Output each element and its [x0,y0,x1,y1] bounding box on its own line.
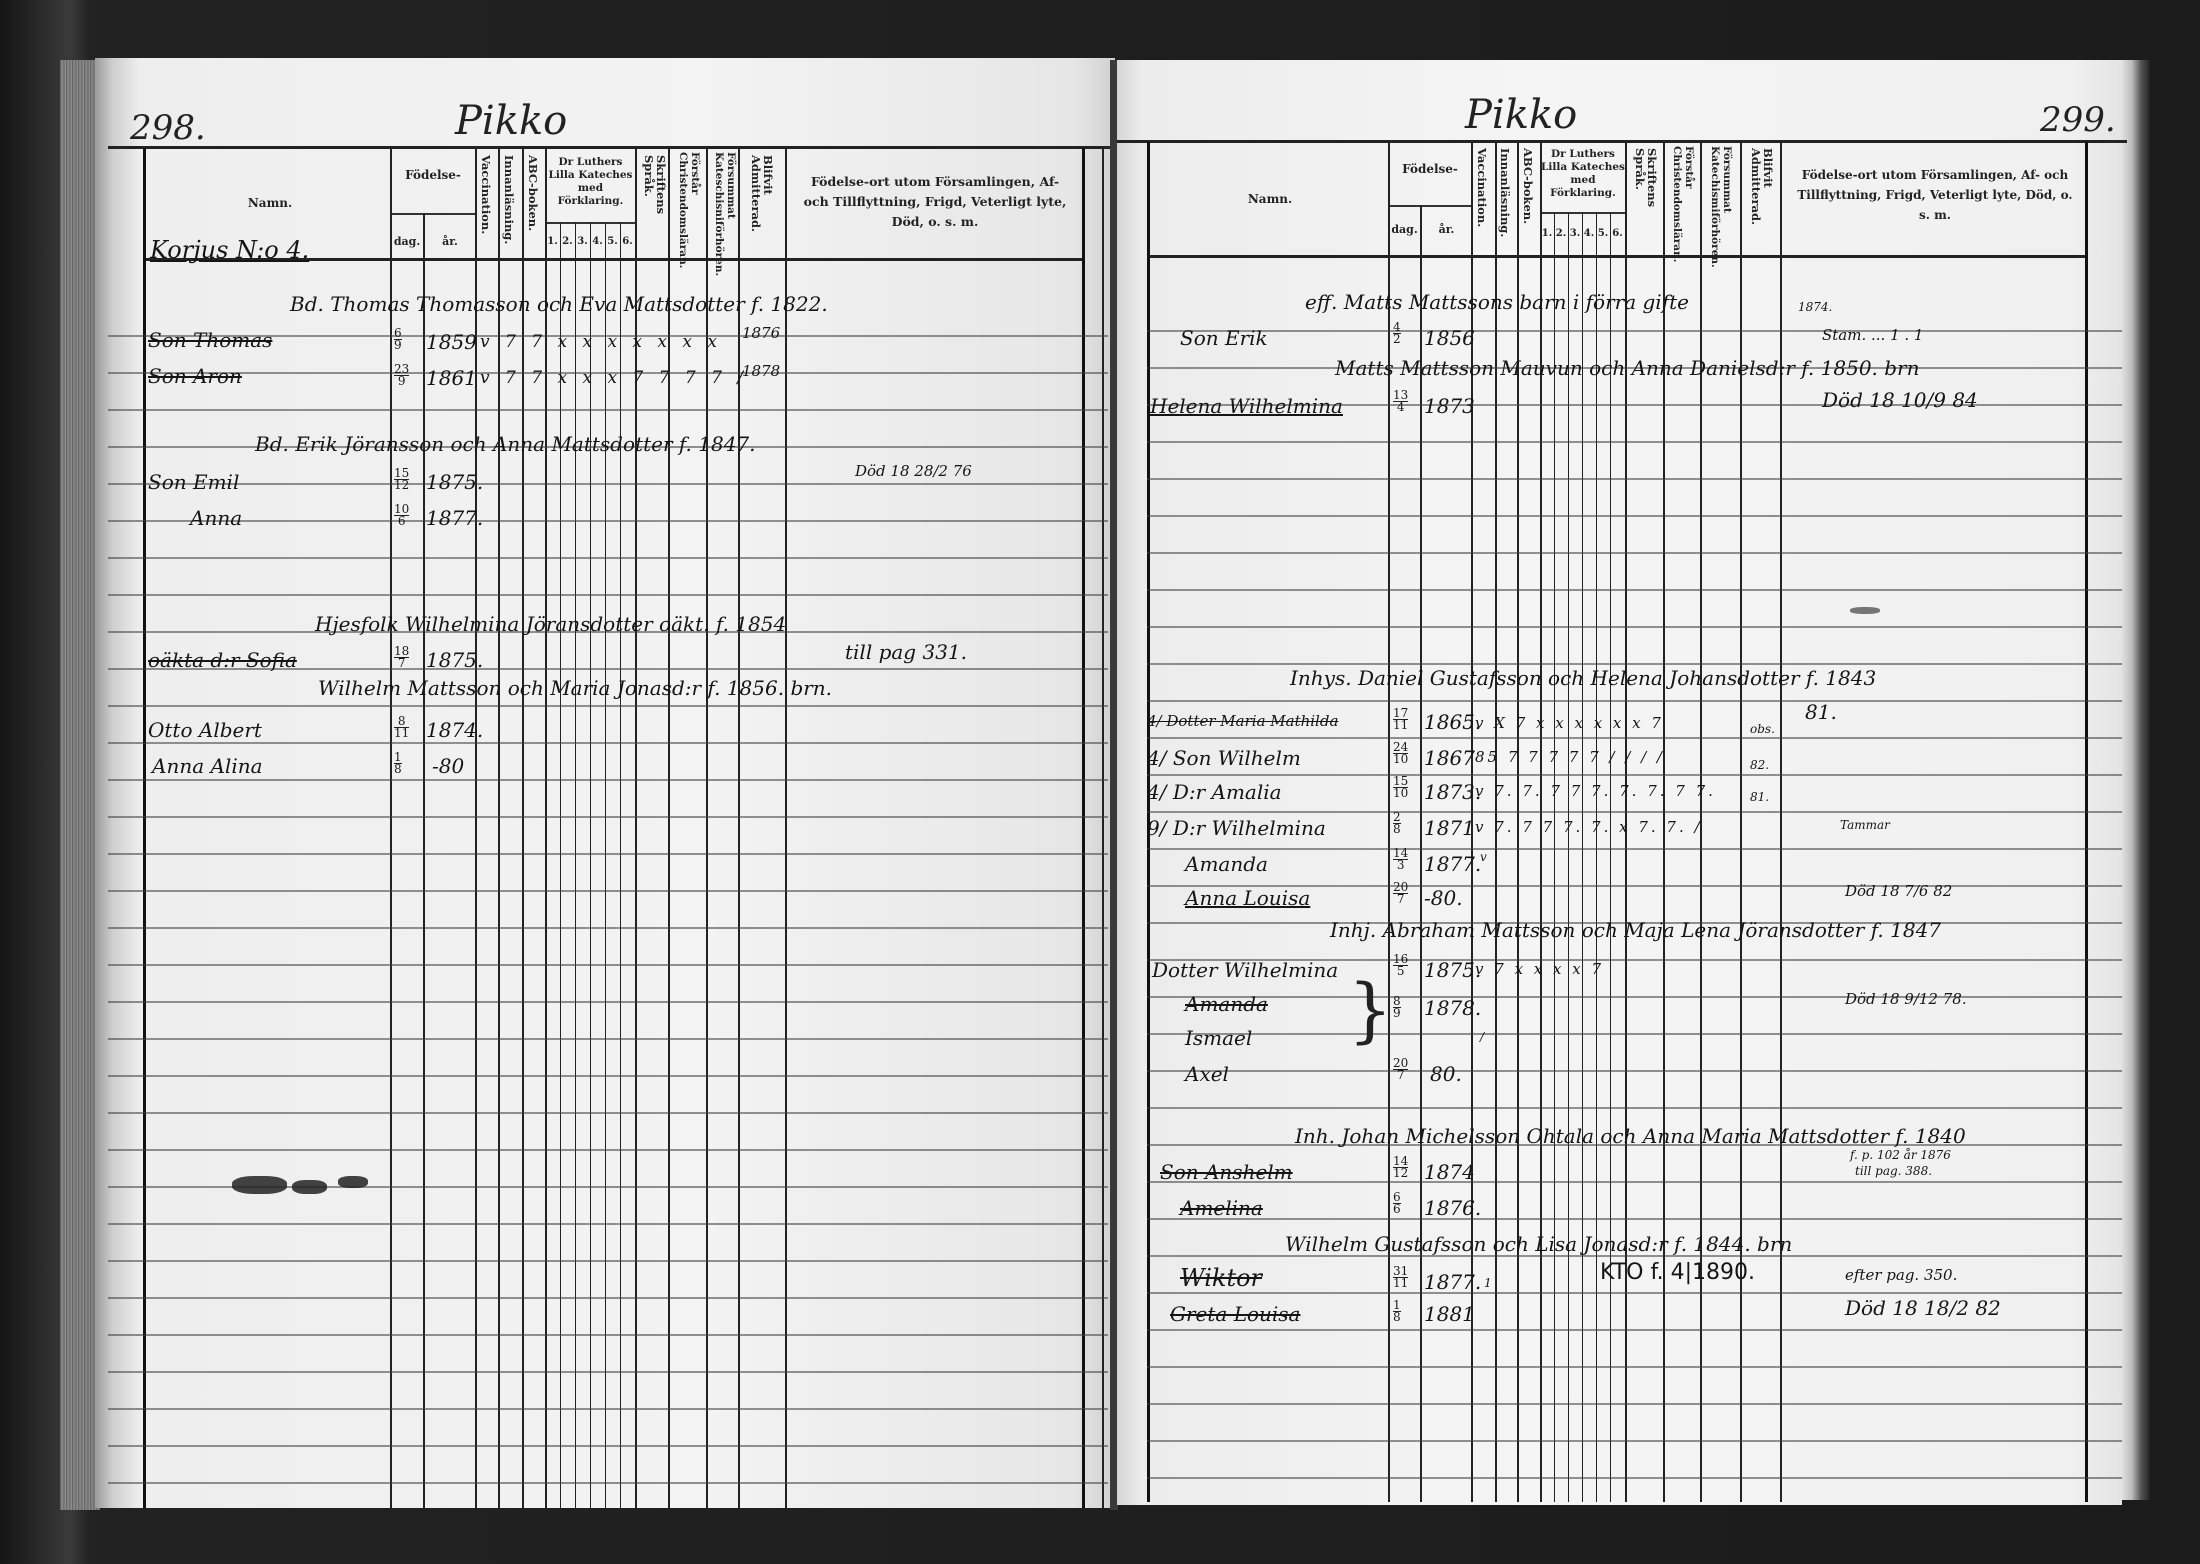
right-header-scripture: Skriftens Språk. [1634,148,1658,248]
birth-year: 1875. [426,648,483,672]
birth-day: 69 [394,328,402,351]
person-name: Wiktor [1180,1264,1262,1292]
ink-smudge [232,1176,287,1194]
birth-day: 3111 [1393,1266,1408,1289]
birth-year: 1878. [1424,996,1481,1020]
remark: Död 18 28/2 76 [855,462,972,480]
birth-year: 1877. [1424,852,1481,876]
exam-marks: v X 7 x x x x x x 7 [1475,714,1664,732]
remark: Död 18 9/12 78. [1845,990,1967,1008]
missed-note: obs. [1750,722,1775,736]
birth-day: 143 [1393,848,1408,871]
household-line: Wilhelm Gustafsson och Lisa Jonasd:r f. … [1285,1232,1792,1256]
exam-marks: v 7. 7. 7 7 7. 7. 7. 7 7. [1475,782,1716,800]
ink-smudge [292,1180,327,1194]
birth-year: 1871 [1424,816,1475,840]
birth-day: 18 [394,752,402,775]
birth-day: 89 [1393,996,1401,1019]
person-name: Amanda [1185,992,1268,1016]
left-birth-subrule [390,213,475,215]
person-name: Otto Albert [148,718,262,742]
page-edges-left [60,60,100,1510]
right-header-cat-3: 3. [1568,226,1582,241]
birth-year: 1877. [426,506,483,530]
birth-year: 1859 [426,330,477,354]
right-header-day: dag. [1389,222,1420,237]
right-header-year: år. [1422,222,1471,237]
left-header-cat-4: 4. [590,234,605,249]
person-name: 4/ D:r Amalia [1147,780,1282,804]
exam-marks: v 7 x x x x 7 [1475,960,1604,978]
person-name: Son Anshelm [1160,1160,1293,1184]
left-header-vaccination: Vaccination. [480,155,492,255]
birth-year: -80. [1424,886,1463,910]
birth-day: 239 [394,364,409,387]
birth-day: 134 [1393,390,1408,413]
left-header-missed: Försummat Kateschisniförhören. [711,152,737,257]
vacc-mark: v [1480,850,1487,864]
admitted-year: 1876 [742,324,780,342]
left-header-day: dag. [391,234,423,249]
birth-day: 18 [1393,1300,1401,1323]
right-header-cat-5: 5. [1596,226,1610,241]
ink-smudge [338,1176,368,1188]
left-header-cat-3: 3. [575,234,590,249]
right-header-birth: Födelse- [1390,162,1470,177]
right-header-top-rule [1117,140,2127,143]
right-header-abc: ABC-boken. [1522,148,1534,248]
birth-year: 1874 [1424,1160,1475,1184]
left-ruled-lines [108,300,1108,1500]
birth-day: 106 [394,504,409,527]
birth-year: 1877. [1424,1270,1481,1294]
person-name: Axel [1185,1062,1229,1086]
birth-year: 1873 [1424,394,1475,418]
remark: Död 18 18/2 82 [1845,1296,2001,1320]
person-name: Dotter Wilhelmina [1152,958,1338,982]
admitted-year: 1878 [742,362,780,380]
birth-day: 66 [1393,1192,1401,1215]
right-page-number: 299. [2040,100,2116,140]
birth-day: 207 [1393,1058,1408,1081]
person-name: Son Erik [1180,326,1268,350]
left-header-name: Namn. [220,196,320,211]
birth-year: 1873. [1424,780,1481,804]
birth-year: 80. [1430,1062,1462,1086]
right-header-understands: Förstår Christendomsläran. [1669,146,1695,251]
right-header-cat-6: 6. [1610,226,1625,241]
birth-day: 42 [1393,322,1401,345]
remark: efter pag. 350. [1845,1266,1957,1284]
birth-day: 1510 [1393,776,1408,799]
right-birth-subrule [1388,205,1471,207]
birth-year: 1865. [1424,710,1481,734]
remark: Död 18 10/9 84 [1822,388,1978,412]
page-edges-right [2120,60,2150,1500]
remark: Tammar [1840,818,1890,832]
exam-marks: v 7 7 x x x x x x x [480,332,722,352]
birth-day: 187 [394,646,409,669]
right-header-remarks: Födelse-ort utom Församlingen, Af- och T… [1795,165,2075,225]
left-header-birth: Födelse- [392,168,474,183]
person-name: oäkta d:r Sofia [148,648,297,672]
left-header-admitted: Blifvit Admitterad. [748,155,774,255]
birth-year: 1861 [426,366,477,390]
person-name: Ismael [1185,1026,1252,1050]
birth-year: 1875. [426,470,483,494]
exam-marks: 85 7 7 7 7 7 / / / / [1475,748,1665,766]
household-line: Wilhelm Mattsson och Maria Jonasd:r f. 1… [318,676,832,700]
household-line: Hjesfolk Wilhelmina Jöransdotter oäkt. f… [315,612,786,636]
person-name: Anna Louisa [1185,886,1310,910]
birth-day: 28 [1393,812,1401,835]
left-header-understands: Förstår Christendomsläran. [675,152,701,257]
person-name: Helena Wilhelmina [1150,394,1343,418]
right-header-name: Namn. [1220,192,1320,207]
left-header-scripture: Skriftens Språk. [643,155,667,255]
remark: f. p. 102 år 1876 [1850,1148,1951,1162]
birth-year: 1875. [1424,958,1481,982]
birth-day: 207 [1393,882,1408,905]
household-line: Inhj. Abraham Mattsson och Maja Lena Jör… [1330,918,1941,942]
admitted-year: 81. [1805,700,1837,724]
birth-day: 1711 [1393,708,1408,731]
right-header-bottom-rule [1147,255,2085,258]
person-name: 9/ D:r Wilhelmina [1147,816,1326,840]
person-name: Amelina [1180,1196,1263,1220]
birth-year: 1876. [1424,1196,1481,1220]
birth-year: -80 [432,754,464,778]
right-header-catechism: Dr Luthers Lilla Kateches med Förklaring… [1541,148,1625,200]
household-line: Bd. Thomas Thomasson och Eva Mattsdotter… [290,292,828,316]
remark: Död 18 7/6 82 [1845,882,1952,900]
left-header-reading: Innanläsning. [503,155,515,255]
left-header-top-rule [108,146,1116,149]
right-header-missed: Försummat Katechismiförhören. [1707,146,1733,251]
household-line: Matts Mattsson Mauvun och Anna Danielsd:… [1335,356,1920,380]
birth-year: 1856 [1424,326,1475,350]
left-village-title: Pikko [455,98,567,144]
person-name: 4/ Son Wilhelm [1147,746,1301,770]
left-header-cat-1: 1. [545,234,560,249]
right-header-admitted: Blifvit Admitterad. [1748,148,1774,248]
left-header-cat-2: 2. [560,234,575,249]
right-header-cat-2: 2. [1554,226,1568,241]
birth-year: 1867 [1424,746,1475,770]
household-line: Bd. Erik Jöransson och Anna Mattsdotter … [255,432,756,456]
person-name: Anna Alina [152,754,263,778]
person-name: 4/ Dotter Maria Mathilda [1147,712,1338,730]
vacc-mark: 1 [1484,1276,1492,1290]
birth-day: 1512 [394,468,409,491]
left-header-remarks: Födelse-ort utom Församlingen, Af- och T… [800,172,1070,232]
left-header-cat-5: 5. [605,234,620,249]
missed-note: 82. [1750,758,1769,772]
right-header-cat-1: 1. [1540,226,1554,241]
birth-day: 165 [1393,954,1408,977]
exam-marks: v 7 7 x x x 7 7 7 7 / [480,368,748,388]
ink-smudge [1850,607,1880,614]
birth-day: 1412 [1393,1156,1408,1179]
left-page-number: 298. [130,108,206,148]
admitted-year: 1874. [1798,300,1832,314]
section-title: Korjus N:o 4. [150,236,309,264]
birth-year: 1881 [1424,1302,1475,1326]
person-name: Son Aron [148,364,242,388]
remark: till pag 331. [845,640,967,664]
exam-marks: v 7. 7 7 7. 7. x 7. 7. / [1475,818,1703,836]
right-header-reading: Innanläsning. [1499,148,1511,248]
right-header-vaccination: Vaccination. [1476,148,1488,248]
birth-day: 811 [394,716,409,739]
person-name: Son Emil [148,470,239,494]
person-name: Son Thomas [148,328,272,352]
later-annotation: KTO f. 4|1890. [1600,1260,1755,1285]
birth-day: 2410 [1393,742,1408,765]
right-village-title: Pikko [1465,92,1577,138]
person-name: Greta Louisa [1170,1302,1300,1326]
household-line: eff. Matts Mattssons barn i förra gifte [1305,290,1689,314]
left-header-abc: ABC-boken. [527,155,539,255]
left-header-catechism: Dr Luthers Lilla Kateches med Förklaring… [546,156,635,208]
missed-note: 81. [1750,790,1769,804]
person-name: Amanda [1185,852,1268,876]
vacc-mark: / [1480,1030,1484,1044]
person-name: Anna [190,506,242,530]
left-header-cat-6: 6. [620,234,635,249]
household-line: Inhys. Daniel Gustafsson och Helena Joha… [1290,666,1876,690]
twins-brace-icon: } [1348,975,1393,1045]
birth-year: 1874. [426,718,483,742]
household-line: Inh. Johan Michelsson Ohtala och Anna Ma… [1295,1124,1966,1148]
remark: till pag. 388. [1855,1164,1932,1178]
right-header-cat-4: 4. [1582,226,1596,241]
remark: Stam. ... 1 . 1 [1822,326,1923,344]
left-header-year: år. [425,234,475,249]
